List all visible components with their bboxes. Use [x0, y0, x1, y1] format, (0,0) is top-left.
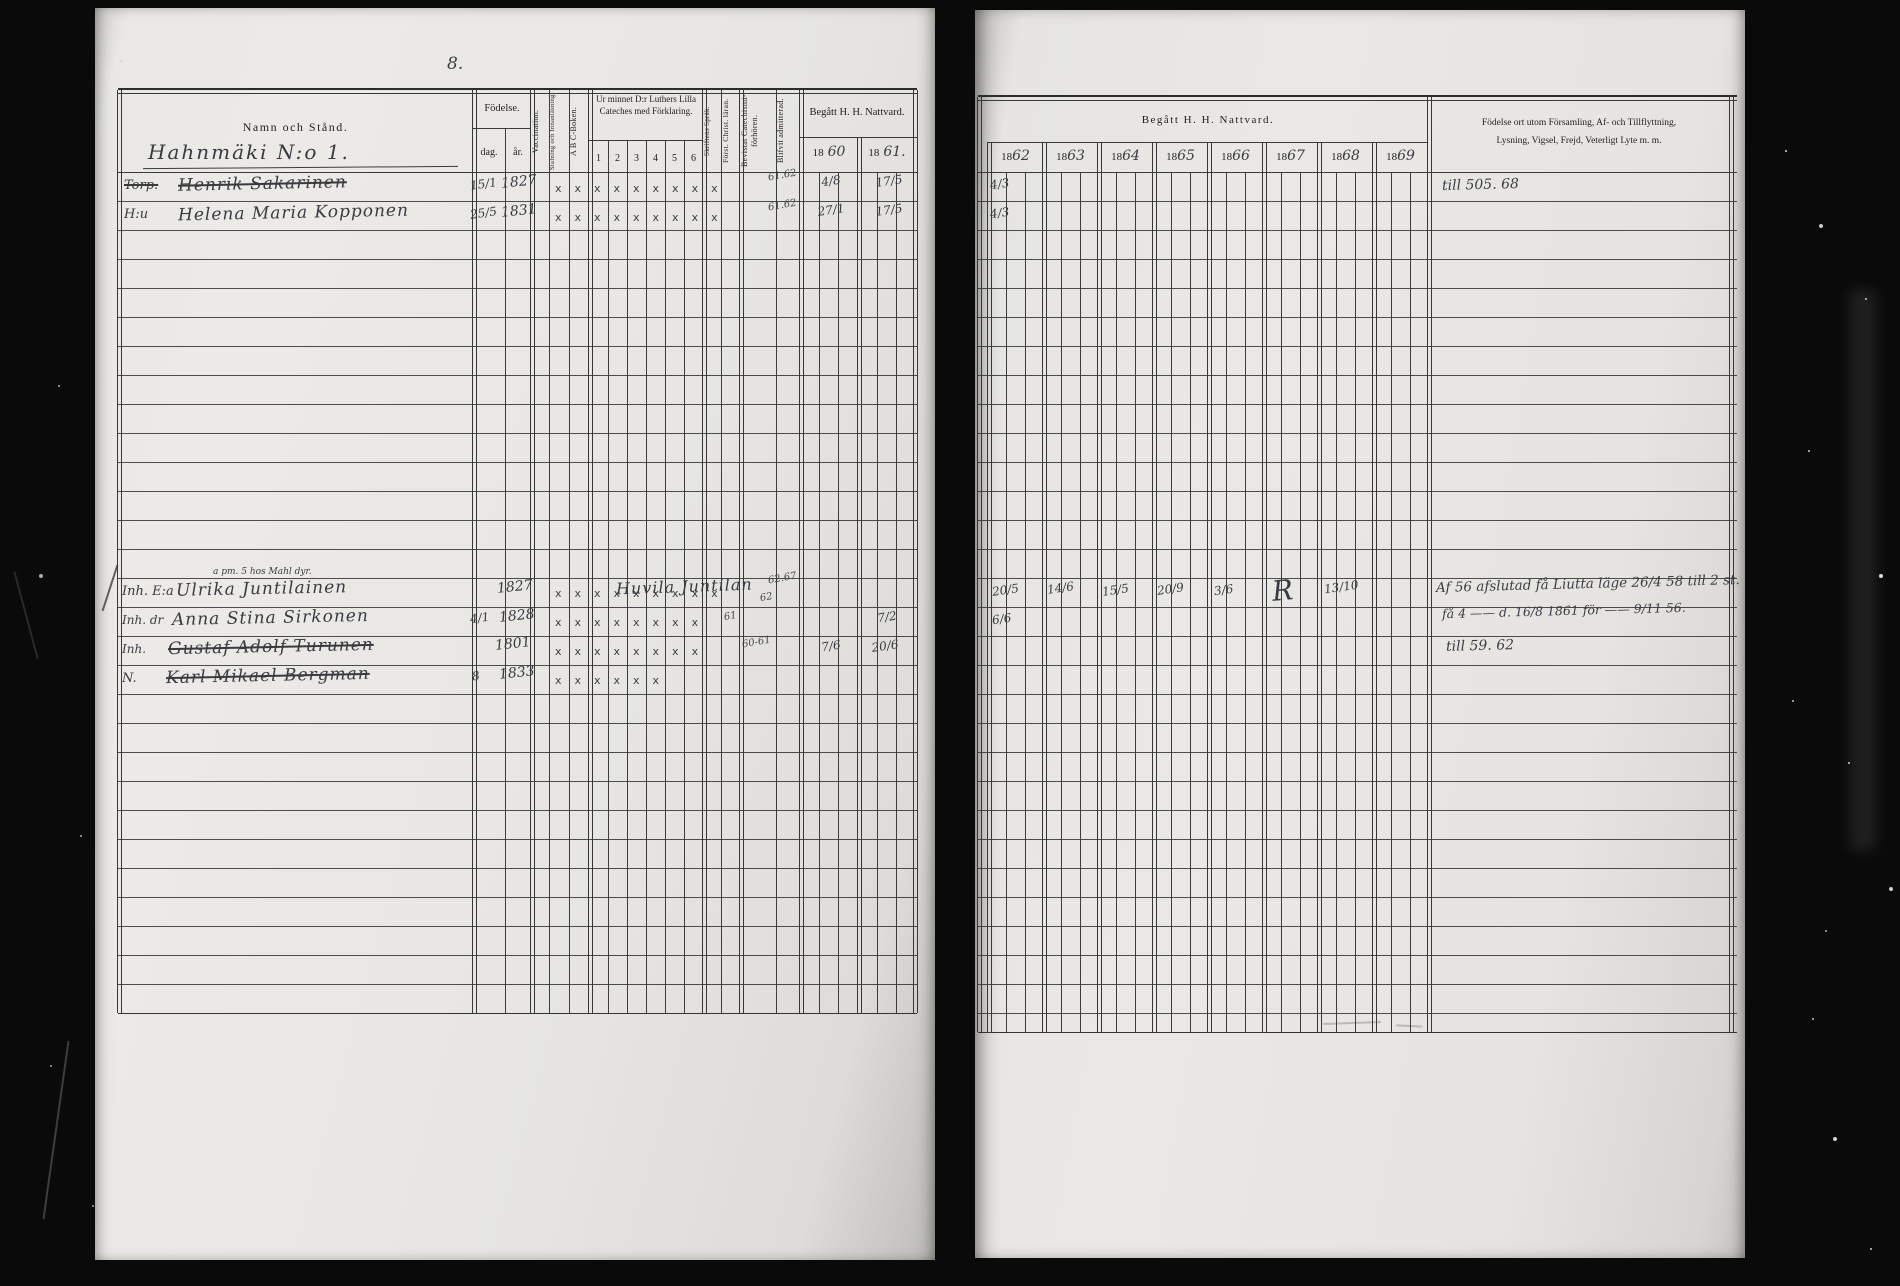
grid-line	[1025, 172, 1026, 1032]
column-header-name: Namn och Stånd.	[118, 120, 473, 136]
communion-1862: 6/6	[991, 611, 1012, 628]
grid-line	[1135, 172, 1136, 1032]
grid-line	[819, 172, 820, 1013]
grid-line	[1080, 172, 1081, 1032]
column-header-birth: Födelse.	[473, 102, 531, 116]
ledger-table-left: Namn och Stånd. Födelse. dag. år. Vaccin…	[118, 88, 917, 1014]
grid-line	[1116, 172, 1117, 1032]
reading-marks: xxxxxxxx	[555, 616, 711, 629]
entry-prefix: Torp.	[124, 178, 158, 193]
grid-line	[1226, 172, 1227, 1032]
page-number: 8.	[447, 54, 463, 74]
entry-prefix: H:u	[124, 207, 148, 222]
grid-line	[1207, 142, 1212, 1032]
grid-line	[1391, 172, 1392, 1032]
grid-line	[1336, 172, 1337, 1032]
grid-line	[473, 128, 531, 129]
grid-line	[1317, 142, 1322, 1032]
year-value: 62	[1012, 148, 1030, 164]
year-value: 64	[1122, 148, 1140, 164]
grid-line	[1427, 97, 1432, 1032]
entry-name: Anna Stina Sirkonen	[172, 606, 369, 630]
year-prefix: 18	[1166, 151, 1177, 163]
grid-line	[1152, 142, 1157, 1032]
year-prefix: 18	[1111, 151, 1122, 163]
year-value: 69	[1397, 148, 1415, 164]
year-value: 66	[1232, 148, 1250, 164]
catechism-col-5: 5	[665, 152, 684, 165]
grid-line	[896, 172, 897, 1013]
communion-1862: 4/3	[989, 205, 1010, 222]
ledger-table-right: Begått H. H. Nattvard. Födelse ort utom …	[978, 95, 1737, 1033]
grid-line	[1097, 142, 1102, 1032]
christianity-year: 61	[723, 610, 737, 623]
column-header-christianity: Först. Christ. läran.	[721, 91, 740, 171]
grid-line	[117, 90, 122, 1013]
margin-stroke	[102, 565, 119, 611]
entry-prefix: Inh. E:a	[122, 584, 174, 599]
ledger-page-left: 8. Namn och Stånd. Födelse. dag. år. Vac…	[95, 8, 935, 1260]
year-column-1866: 1866	[1208, 147, 1263, 165]
column-header-communion-right: Begått H. H. Nattvard.	[988, 113, 1428, 127]
grid-line	[702, 90, 707, 1013]
year-prefix: 18	[1386, 151, 1397, 163]
year-value: 68	[1342, 148, 1360, 164]
year-value-1860: 60	[828, 144, 846, 160]
year-value: 65	[1177, 148, 1195, 164]
grid-line	[627, 140, 628, 1013]
scratch-mark	[42, 1041, 69, 1220]
grid-line	[1300, 172, 1301, 1032]
entry-name: Karl Mikael Bergman	[166, 664, 370, 688]
grid-line	[978, 100, 1737, 101]
year-value: 63	[1067, 148, 1085, 164]
catechism-col-4: 4	[646, 152, 665, 165]
year-column-1862: 1862	[988, 147, 1043, 165]
reading-marks: xxxxxxxx	[555, 645, 711, 658]
entry-prefix: Inh.	[122, 642, 146, 656]
column-header-birth-year: år.	[505, 146, 531, 159]
grid-line	[1042, 142, 1047, 1032]
entry-name: Henrik Sakarinen	[178, 172, 347, 196]
grid-line	[646, 140, 647, 1013]
grid-line	[588, 90, 593, 1013]
catechism-col-6: 6	[684, 152, 703, 165]
year-prefix: 18	[868, 147, 879, 159]
entry-prefix: N.	[122, 671, 137, 686]
grid-line	[857, 137, 862, 1013]
catechism-col-2: 2	[608, 152, 627, 165]
year-column-1867: 1867	[1263, 147, 1318, 165]
grid-line	[118, 93, 917, 94]
grid-line	[1245, 172, 1246, 1032]
year-prefix: 18	[813, 147, 824, 159]
grid-line	[1171, 172, 1172, 1032]
grid-line	[988, 142, 1428, 143]
entry-note: till 505. 68	[1442, 176, 1519, 194]
grid-line	[472, 90, 477, 1013]
year-column-1868: 1868	[1318, 147, 1373, 165]
scanned-ledger-spread: { "page_number": "8.", "section_heading"…	[0, 0, 1900, 1286]
year-prefix: 18	[1001, 151, 1012, 163]
exam-years-secondary: 62	[759, 591, 773, 604]
year-prefix: 18	[1331, 151, 1342, 163]
grid-line	[118, 172, 917, 174]
column-header-notes-line2: Lysning, Vigsel, Frejd, Veterligt Lyte m…	[1428, 135, 1730, 147]
grid-line	[1190, 172, 1191, 1032]
grid-line	[1729, 97, 1734, 1032]
year-prefix: 18	[1056, 151, 1067, 163]
grid-line	[776, 90, 777, 1013]
grid-line	[1061, 172, 1062, 1032]
grid-line	[1006, 172, 1007, 1032]
year-prefix: 18	[1276, 151, 1287, 163]
column-header-abc-book: A B C-Boken.	[569, 91, 589, 171]
grid-line	[977, 97, 982, 1032]
entry-name: Ulrika Juntilainen	[176, 577, 348, 601]
catechism-col-3: 3	[627, 152, 646, 165]
scanner-streak	[1850, 290, 1876, 850]
column-header-birth-day: dag.	[473, 146, 505, 159]
grid-line	[530, 90, 535, 1013]
year-column-1861: 18 61.	[858, 143, 916, 161]
grid-line	[877, 172, 878, 1013]
communion-1867-flourish: R	[1271, 573, 1295, 608]
year-column-1869: 1869	[1373, 147, 1428, 165]
grid-line	[739, 90, 744, 1013]
grid-line	[800, 137, 917, 138]
grid-line	[684, 140, 685, 1013]
section-heading: Hahnmäki N:o 1.	[148, 140, 350, 164]
ledger-page-right: Begått H. H. Nattvard. Födelse ort utom …	[975, 10, 1745, 1258]
dust-speck	[120, 60, 122, 62]
communion-1862: 4/3	[989, 176, 1010, 193]
grid-line	[589, 140, 703, 141]
column-header-admitted: Blifvit admitterad.	[776, 91, 800, 171]
grid-line	[838, 172, 839, 1013]
grid-line	[1355, 172, 1356, 1032]
entry-note: till 59. 62	[1446, 637, 1514, 655]
year-column-1865: 1865	[1153, 147, 1208, 165]
year-column-1860: 18 60	[800, 143, 858, 161]
grid-line	[665, 140, 666, 1013]
column-header-catechism: Ur minnet D:r Luthers Lilla Cateches med…	[591, 94, 701, 117]
grid-line	[799, 90, 804, 1013]
grid-line	[978, 172, 1737, 174]
year-value: 67	[1287, 148, 1305, 164]
column-header-notes-line1: Födelse ort utom Församling, Af- och Til…	[1428, 117, 1730, 129]
year-column-1864: 1864	[1098, 147, 1153, 165]
column-header-attended-exams: Bevistat Catechismi-förhören.	[740, 91, 776, 171]
grid-line	[505, 128, 506, 1013]
grid-line	[569, 90, 570, 1013]
grid-line	[721, 90, 722, 1013]
grid-line	[608, 140, 609, 1013]
grid-line	[1372, 142, 1377, 1032]
section-heading-underline	[143, 166, 458, 169]
year-value-1861: 61.	[883, 144, 905, 160]
grid-line	[987, 142, 992, 1032]
entry-prefix: Inh. dr	[122, 613, 163, 627]
year-prefix: 18	[1221, 151, 1232, 163]
grid-line	[1281, 172, 1282, 1032]
column-header-communion-left: Begått H. H. Nattvard.	[800, 106, 914, 120]
grid-line	[1410, 172, 1411, 1032]
grid-line	[549, 90, 550, 1013]
grid-line	[913, 90, 918, 1013]
column-header-spelling: Stafning och Innanläsning.	[549, 91, 569, 171]
reading-marks: xxxxxx	[555, 674, 672, 687]
entry-annotation: a pm. 5 hos Mahl dyr.	[213, 567, 312, 577]
communion-1866: 3/6	[1213, 582, 1234, 599]
year-column-1863: 1863	[1043, 147, 1098, 165]
scratch-mark	[13, 571, 38, 658]
grid-line	[1262, 142, 1267, 1032]
